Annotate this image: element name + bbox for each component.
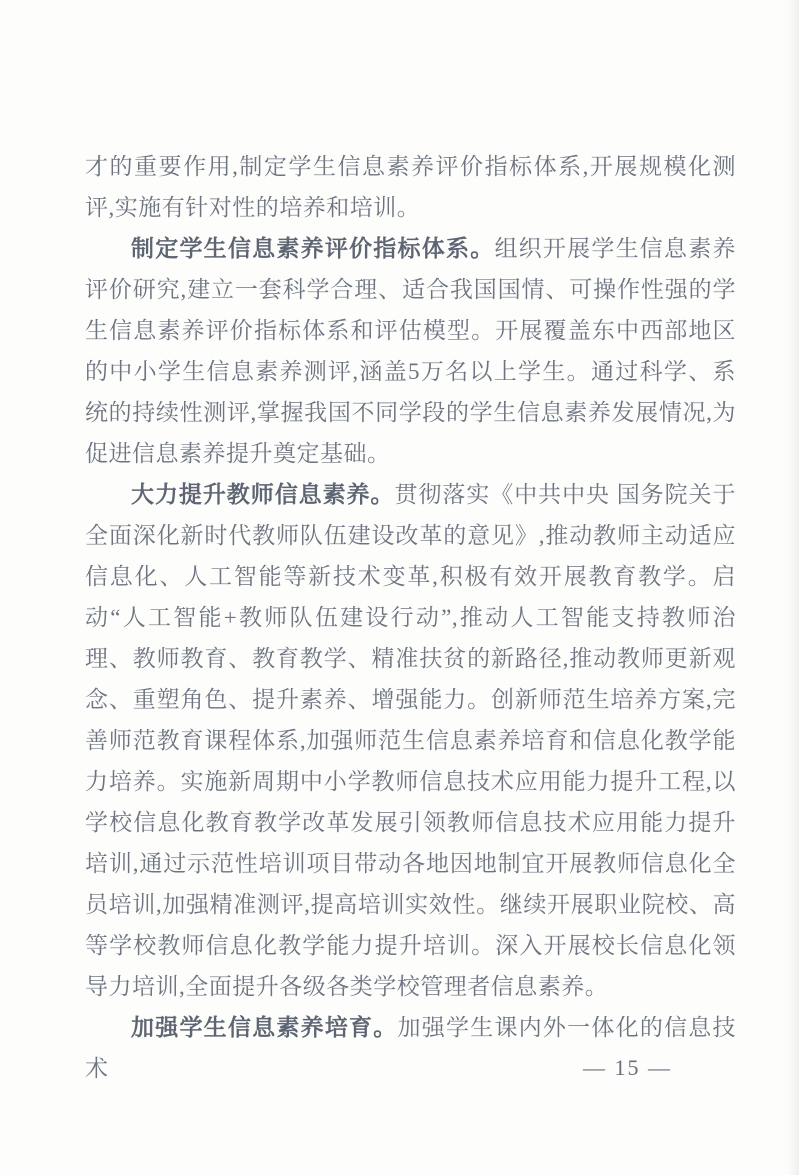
page-body: 才的重要作用,制定学生信息素养评价指标体系,开展规模化测评,实施有针对性的培养和… — [85, 146, 736, 1089]
page-number: — 15 — — [583, 1055, 672, 1081]
paragraph-lead: 大力提升教师信息素养。 — [131, 482, 394, 507]
paragraph-text: 组织开展学生信息素养评价研究,建立一套科学合理、适合我国国情、可操作性强的学生信… — [85, 236, 736, 466]
paragraph-student-evaluation: 制定学生信息素养评价指标体系。组织开展学生信息素养评价研究,建立一套科学合理、适… — [85, 228, 736, 474]
document-page: 才的重要作用,制定学生信息素养评价指标体系,开展规模化测评,实施有针对性的培养和… — [0, 0, 799, 1175]
paragraph-lead: 加强学生信息素养培育。 — [131, 1015, 398, 1040]
paragraph-teacher-literacy: 大力提升教师信息素养。贯彻落实《中共中央 国务院关于全面深化新时代教师队伍建设改… — [85, 474, 736, 1007]
scan-edge-shadow — [787, 0, 799, 1175]
paragraph-continuation: 才的重要作用,制定学生信息素养评价指标体系,开展规模化测评,实施有针对性的培养和… — [85, 146, 736, 228]
paragraph-text: 才的重要作用,制定学生信息素养评价指标体系,开展规模化测评,实施有针对性的培养和… — [85, 154, 736, 220]
paragraph-text: 贯彻落实《中共中央 国务院关于全面深化新时代教师队伍建设改革的意见》,推动教师主… — [85, 482, 736, 999]
paragraph-lead: 制定学生信息素养评价指标体系。 — [131, 236, 494, 261]
